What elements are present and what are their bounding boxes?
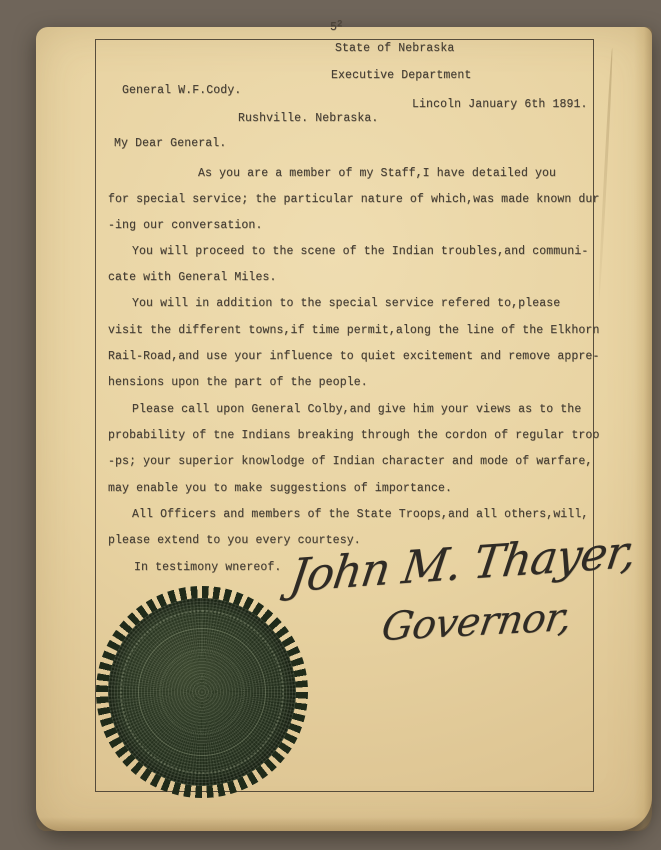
- recipient-address: Rushville. Nebraska.: [238, 112, 378, 126]
- letterhead-department: Executive Department: [331, 69, 471, 83]
- body-line: may enable you to make suggestions of im…: [108, 482, 452, 496]
- nebraska-state-seal-icon: [96, 586, 308, 798]
- body-line: As you are a member of my Staff,I have d…: [198, 167, 556, 181]
- body-line: -ps; your superior knowlodge of Indian c…: [108, 455, 592, 469]
- page-bottom-edge: [36, 817, 652, 831]
- page-number-main: 5: [330, 21, 337, 34]
- recipient-name: General W.F.Cody.: [122, 84, 241, 98]
- body-line: You will proceed to the scene of the Ind…: [132, 245, 588, 259]
- body-line: hensions upon the part of the people.: [108, 376, 368, 390]
- closing-line: In testimony wnereof.: [134, 561, 281, 575]
- body-line: probability of tne Indians breaking thro…: [108, 429, 599, 443]
- body-line: All Officers and members of the State Tr…: [132, 508, 588, 522]
- body-line: Rail-Road,and use your influence to quie…: [108, 350, 599, 364]
- page-number: 52: [330, 19, 342, 34]
- body-line: You will in addition to the special serv…: [132, 297, 560, 311]
- signature-title: Governor,: [379, 598, 574, 647]
- body-line: for special service; the particular natu…: [108, 193, 599, 207]
- letterhead-state: State of Nebraska: [335, 42, 454, 56]
- dateline: Lincoln January 6th 1891.: [412, 98, 588, 112]
- salutation: My Dear General.: [114, 137, 226, 151]
- body-line: Please call upon General Colby,and give …: [132, 403, 581, 417]
- book-page-edges: [634, 27, 652, 831]
- body-line: -ing our conversation.: [108, 219, 262, 233]
- photo-backdrop: 52 State of Nebraska Executive Departmen…: [0, 0, 661, 850]
- seal-inner-ring: [160, 650, 244, 734]
- body-line: cate with General Miles.: [108, 271, 277, 285]
- page-number-superscript: 2: [337, 19, 342, 29]
- body-line: visit the different towns,if time permit…: [108, 324, 599, 338]
